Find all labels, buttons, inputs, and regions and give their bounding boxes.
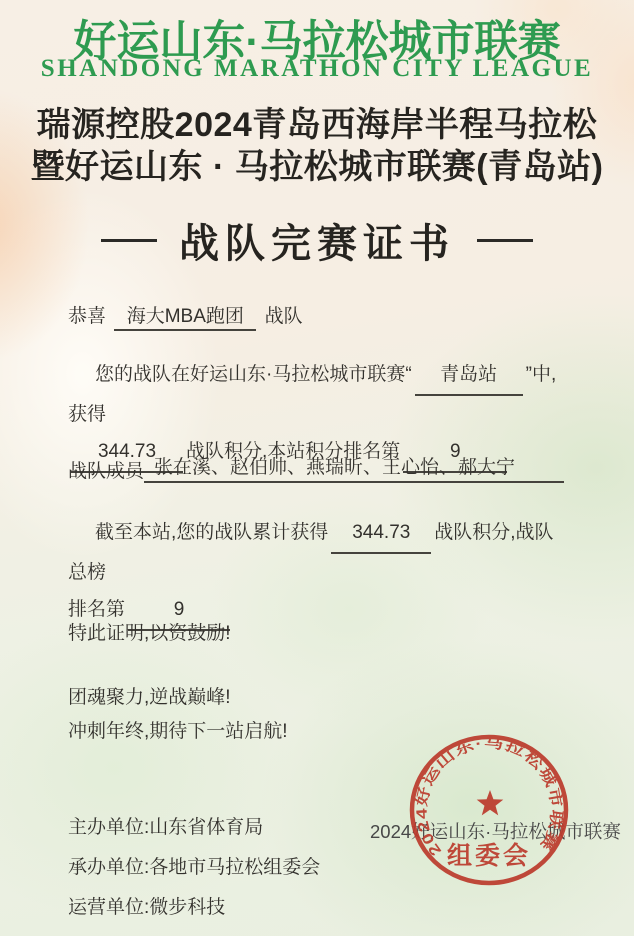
right-rule — [477, 239, 533, 242]
league-title-en: SHANDONG MARATHON CITY LEAGUE — [0, 55, 634, 83]
team-members-label: 战队成员 — [68, 456, 144, 483]
left-rule — [101, 239, 157, 242]
closing-statement: 特此证明,以资鼓励! — [68, 618, 231, 645]
slogan-line2: 冲刺年终,期待下一站启航! — [68, 716, 288, 743]
event-title-line1: 瑞源控股2024青岛西海岸半程马拉松 — [0, 104, 634, 146]
total-score-blank: 344.73 — [331, 514, 431, 554]
congrats-line: 恭喜 海大MBA跑团 战队 — [68, 301, 303, 331]
certificate-page: 好运山东·马拉松城市联赛 SHANDONG MARATHON CITY LEAG… — [0, 0, 634, 936]
total-result-line1: 截至本站,您的战队累计获得344.73战队积分,战队总榜 — [68, 514, 572, 591]
congrats-prefix: 恭喜 — [68, 306, 106, 327]
event-title-line2: 暨好运山东 · 马拉松城市联赛(青岛站) — [0, 146, 634, 188]
team-members-names: 张在溪、赵伯帅、燕瑞昕、王心怡、郝大宁 — [144, 452, 564, 483]
stamp-star-icon — [477, 790, 504, 815]
para2-text-pre: 截至本站,您的战队累计获得 — [68, 522, 328, 543]
organizer-undertaker: 承办单位:各地市马拉松组委会 — [68, 852, 320, 879]
stamp-center-text: 组委会 — [447, 841, 531, 870]
total-result-paragraph: 截至本站,您的战队累计获得344.73战队积分,战队总榜 排名第9 — [68, 514, 572, 631]
para1-text-pre: 您的战队在好运山东·马拉松城市联赛“ — [68, 364, 412, 385]
congrats-suffix: 战队 — [265, 306, 303, 327]
para2-text-rank-label: 排名第 — [68, 599, 125, 620]
certificate-title-row: 战队完赛证书 — [0, 212, 634, 269]
team-members-row: 战队成员 张在溪、赵伯帅、燕瑞昕、王心怡、郝大宁 — [68, 452, 564, 483]
official-stamp: 2024好运山东·马拉松城市联赛 组委会 — [404, 728, 574, 892]
organizer-host: 主办单位:山东省体育局 — [68, 812, 263, 839]
station-blank: 青岛站 — [415, 356, 523, 396]
slogan-line1: 团魂聚力,逆战巅峰! — [68, 682, 231, 709]
station-result-line1: 您的战队在好运山东·马拉松城市联赛“青岛站”中,获得 — [68, 356, 572, 433]
team-name-blank: 海大MBA跑团 — [114, 301, 256, 331]
certificate-title: 战队完赛证书 — [179, 212, 455, 269]
organizer-operator: 运营单位:微步科技 — [68, 892, 225, 919]
event-title: 瑞源控股2024青岛西海岸半程马拉松 暨好运山东 · 马拉松城市联赛(青岛站) — [0, 104, 634, 188]
